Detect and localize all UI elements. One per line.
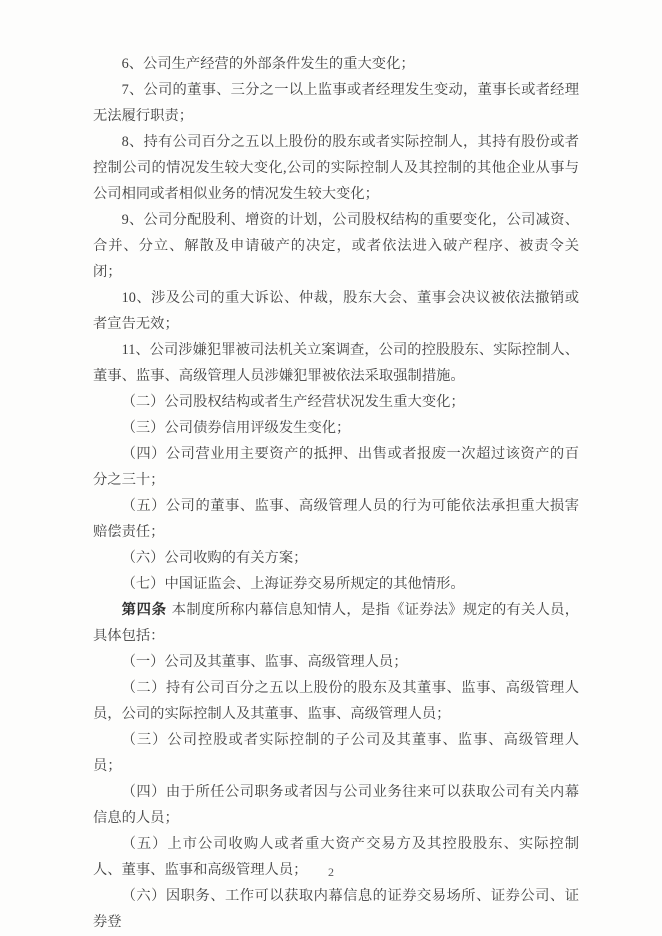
article-number-label: 第四条 [122,602,167,618]
paragraph: （四）公司营业用主要资产的抵押、出售或者报废一次超过该资产的百分之三十； [93,441,579,493]
paragraph: （二）公司股权结构或者生产经营状况发生重大变化； [93,389,579,415]
page-footer: 2 [0,863,662,881]
document-body: 6、公司生产经营的外部条件发生的重大变化；7、公司的董事、三分之一以上监事或者经… [93,51,579,935]
paragraph: （三）公司债券信用评级发生变化； [93,415,579,441]
paragraph: 7、公司的董事、三分之一以上监事或者经理发生变动，董事长或者经理无法履行职责； [93,77,579,129]
document-page: 6、公司生产经营的外部条件发生的重大变化；7、公司的董事、三分之一以上监事或者经… [0,0,662,936]
paragraph: （二）持有公司百分之五以上股份的股东及其董事、监事、高级管理人员，公司的实际控制… [93,675,579,727]
paragraph: （六）因职务、工作可以获取内幕信息的证券交易场所、证券公司、证券登 [93,883,579,935]
paragraph: 8、持有公司百分之五以上股份的股东或者实际控制人，其持有股份或者控制公司的情况发… [93,129,579,207]
paragraph: （三）公司控股或者实际控制的子公司及其董事、监事、高级管理人员； [93,727,579,779]
paragraph: 6、公司生产经营的外部条件发生的重大变化； [93,51,579,77]
paragraph: （六）公司收购的有关方案； [93,545,579,571]
paragraph: 第四条本制度所称内幕信息知情人，是指《证券法》规定的有关人员，具体包括： [93,597,579,649]
paragraph: （五）公司的董事、监事、高级管理人员的行为可能依法承担重大损害赔偿责任； [93,493,579,545]
page-number: 2 [328,865,334,879]
paragraph: （一）公司及其董事、监事、高级管理人员； [93,649,579,675]
paragraph: （七）中国证监会、上海证券交易所规定的其他情形。 [93,571,579,597]
paragraph: 11、公司涉嫌犯罪被司法机关立案调查，公司的控股股东、实际控制人、董事、监事、高… [93,337,579,389]
paragraph: （四）由于所任公司职务或者因与公司业务往来可以获取公司有关内幕信息的人员； [93,779,579,831]
paragraph: 9、公司分配股利、增资的计划，公司股权结构的重要变化，公司减资、合并、分立、解散… [93,207,579,285]
paragraph: 10、涉及公司的重大诉讼、仲裁，股东大会、董事会决议被依法撤销或者宣告无效； [93,285,579,337]
